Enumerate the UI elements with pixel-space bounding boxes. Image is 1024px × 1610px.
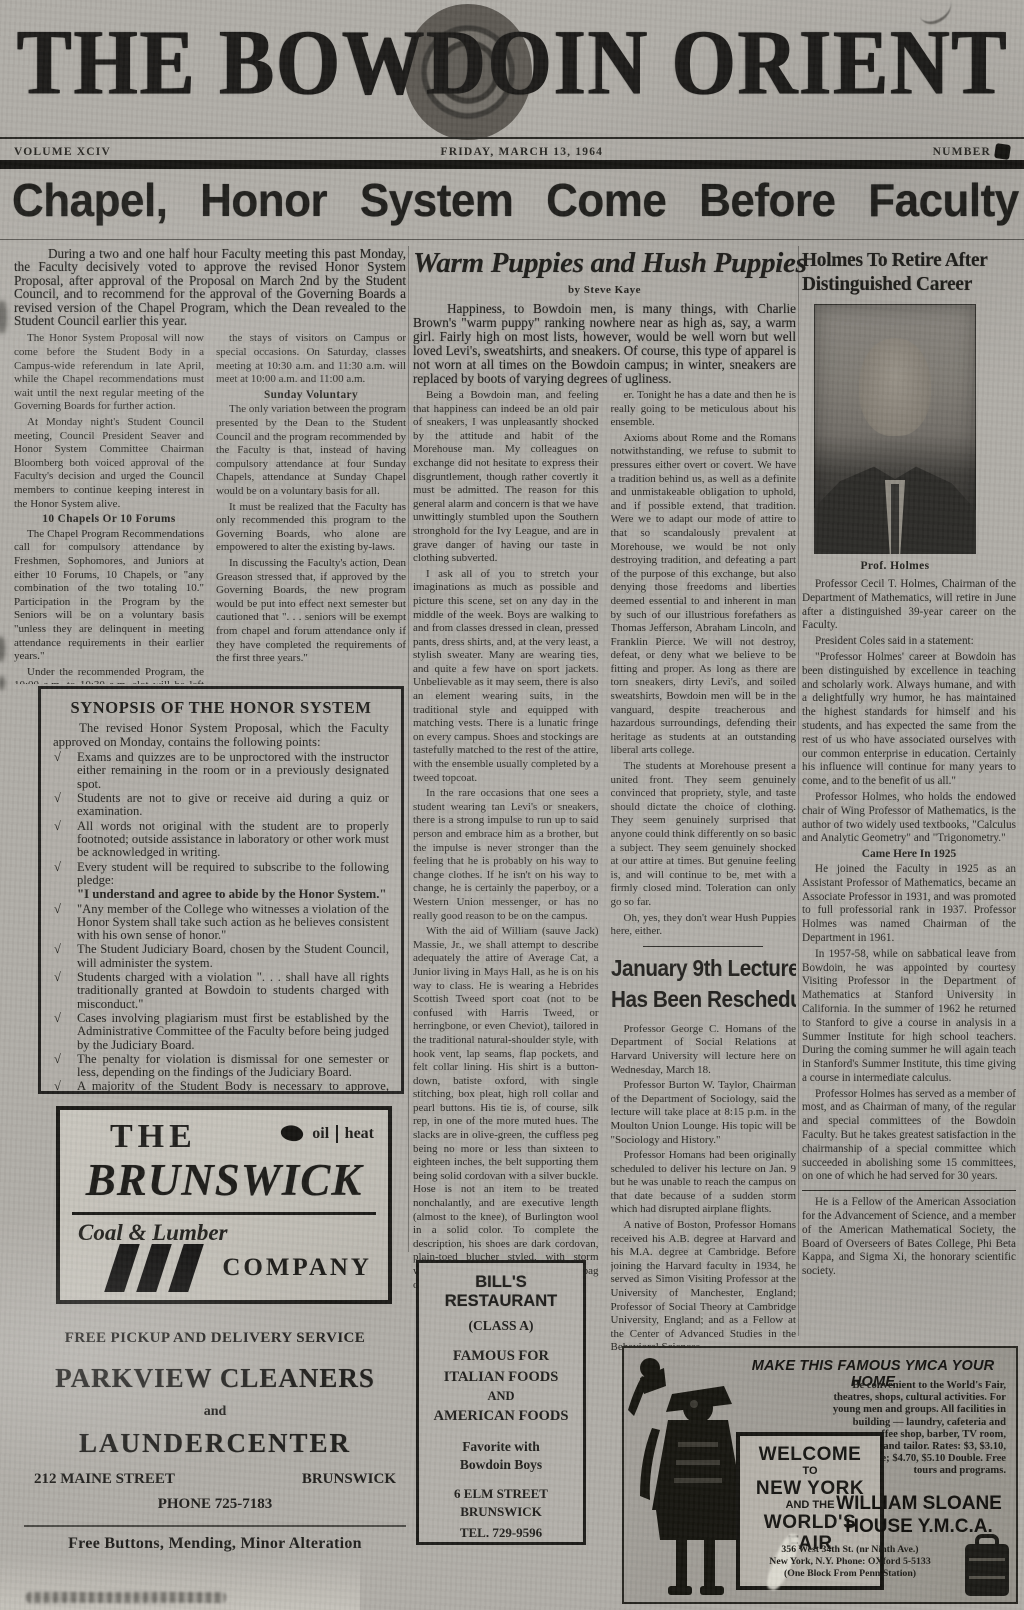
synopsis-item: √Students charged with a violation ". . … bbox=[53, 971, 389, 1011]
phone-number: TEL. 729-9596 bbox=[419, 1525, 583, 1541]
synopsis-item: √Cases involving plagiarism must first b… bbox=[53, 1012, 389, 1052]
scan-artifact bbox=[26, 1592, 226, 1603]
address-row: 212 MAINE STREET BRUNSWICK bbox=[20, 1471, 410, 1488]
synopsis-item: √A majority of the Student Body is neces… bbox=[53, 1080, 389, 1094]
date-label: FRIDAY, MARCH 13, 1964 bbox=[441, 146, 604, 158]
check-icon: √ bbox=[54, 1012, 61, 1025]
photo-caption: Prof. Holmes bbox=[802, 560, 988, 572]
paragraph: In the rare occasions that one sees a st… bbox=[413, 787, 599, 923]
divider bbox=[24, 1525, 406, 1527]
ad-footer-line: Free Buttons, Mending, Minor Alteration bbox=[20, 1535, 410, 1553]
main-headline: Chapel, Honor System Come Before Faculty bbox=[0, 168, 1024, 234]
brunswick-name: BRUNSWICK bbox=[60, 1154, 388, 1206]
column-rule bbox=[798, 246, 799, 1336]
ink-blot bbox=[994, 143, 1011, 160]
scan-artifact bbox=[0, 636, 5, 662]
parkview-cleaners-ad: FREE PICKUP AND DELIVERY SERVICE PARKVIE… bbox=[20, 1330, 410, 1553]
newspaper-page: THE BOWDOIN ORIENT VOLUME XCIV FRIDAY, M… bbox=[0, 0, 1024, 1610]
parkview-name: PARKVIEW CLEANERS bbox=[20, 1363, 410, 1394]
brunswick-coal-lumber-ad: THE oil heat BRUNSWICK Coal & Lumber COM… bbox=[56, 1106, 392, 1304]
ad-word-the: THE bbox=[110, 1118, 197, 1156]
paragraph: The Chapel Program Recommendations call … bbox=[14, 528, 204, 664]
paragraph: In discussing the Faculty's action, Dean… bbox=[216, 557, 406, 666]
paragraph: Axioms about Rome and the Romans notwith… bbox=[611, 432, 797, 758]
paragraph: President Coles said in a statement: bbox=[802, 635, 1016, 649]
check-icon: √ bbox=[54, 971, 61, 984]
article-column: er. Tonight he has a date and then he is… bbox=[611, 389, 797, 1475]
paragraph: er. Tonight he has a date and then he is… bbox=[611, 389, 797, 430]
check-icon: √ bbox=[54, 820, 61, 833]
restaurant-name: BILL'S RESTAURANT bbox=[419, 1273, 583, 1311]
section-subhead: Came Here In 1925 bbox=[802, 848, 1016, 862]
volume-label: VOLUME XCIV bbox=[14, 146, 111, 158]
masthead-title: THE BOWDOIN ORIENT bbox=[0, 17, 1024, 110]
honor-system-synopsis-box: SYNOPSIS OF THE HONOR SYSTEM The revised… bbox=[38, 686, 404, 1094]
paragraph: Under the recommended Program, the 10:00… bbox=[14, 666, 204, 685]
scan-artifact bbox=[0, 300, 7, 334]
synopsis-item: √"Any member of the College who witnesse… bbox=[53, 903, 389, 943]
paragraph: the stays of visitors on Campus or speci… bbox=[216, 332, 406, 386]
paragraph: At Monday night's Student Council meetin… bbox=[14, 416, 204, 511]
scan-artifact bbox=[0, 676, 5, 690]
ad-line: AND bbox=[419, 1389, 583, 1404]
paragraph: With the aid of William (sauve Jack) Mas… bbox=[413, 925, 599, 1289]
divider bbox=[643, 946, 763, 947]
paragraph: Professor Cecil T. Holmes, Chairman of t… bbox=[802, 578, 1016, 633]
article-column: The Honor System Proposal will now come … bbox=[14, 332, 204, 684]
city: BRUNSWICK bbox=[302, 1471, 396, 1488]
check-icon: √ bbox=[54, 751, 61, 764]
synopsis-item: √Exams and quizzes are to be unproctored… bbox=[53, 751, 389, 791]
ymca-ad: MAKE THIS FAMOUS YMCA YOUR HOME Be conve… bbox=[622, 1346, 1018, 1604]
check-icon: √ bbox=[54, 1053, 61, 1066]
ymca-address: 356 West 34th St. (nr Ninth Ave.) New Yo… bbox=[734, 1544, 966, 1580]
paragraph: He is a Fellow of the American Associati… bbox=[802, 1196, 1016, 1279]
paragraph: Professor George C. Homans of the Depart… bbox=[611, 1023, 797, 1077]
paragraph: Professor Holmes, who holds the endowed … bbox=[802, 791, 1016, 846]
byline: by Steve Kaye bbox=[413, 284, 796, 296]
divider bbox=[336, 1125, 338, 1143]
ymca-name: WILLIAM SLOANE HOUSE Y.M.C.A. bbox=[830, 1492, 1008, 1538]
puppies-headline: Warm Puppies and Hush Puppies bbox=[413, 247, 796, 279]
article-column: Being a Bowdoin man, and feeling that ha… bbox=[413, 389, 599, 1289]
section-subhead: 10 Chapels Or 10 Forums bbox=[14, 513, 204, 527]
check-icon: √ bbox=[54, 861, 61, 874]
ad-line: AMERICAN FOODS bbox=[419, 1408, 583, 1425]
phone-number: PHONE 725-7183 bbox=[20, 1496, 410, 1513]
paragraph: Professor Burton W. Taylor, Chairman of … bbox=[611, 1079, 797, 1147]
check-icon: √ bbox=[54, 903, 61, 916]
check-icon: √ bbox=[54, 792, 61, 805]
paragraph: I ask all of you to stretch your imagina… bbox=[413, 568, 599, 786]
ad-line: Bowdoin Boys bbox=[419, 1457, 583, 1473]
holmes-headline: Holmes To Retire After Distinguished Car… bbox=[802, 248, 1010, 296]
paragraph: Oh, yes, they don't wear Hush Puppies he… bbox=[611, 912, 797, 939]
synopsis-item: √Students are not to give or receive aid… bbox=[53, 792, 389, 819]
lead-paragraph: Happiness, to Bowdoin men, is many thing… bbox=[413, 302, 796, 386]
divider bbox=[72, 1212, 376, 1215]
article-column: the stays of visitors on Campus or speci… bbox=[216, 332, 406, 684]
synopsis-title: SYNOPSIS OF THE HONOR SYSTEM bbox=[53, 698, 389, 718]
ad-service-line: FREE PICKUP AND DELIVERY SERVICE bbox=[20, 1330, 410, 1347]
synopsis-intro: The revised Honor System Proposal, which… bbox=[53, 722, 389, 749]
check-icon: √ bbox=[54, 1080, 61, 1093]
synopsis-item: √All words not original with the student… bbox=[53, 820, 389, 860]
article-chapel-honor: During a two and one half hour Faculty m… bbox=[14, 247, 406, 684]
check-icon: √ bbox=[54, 943, 61, 956]
divider bbox=[802, 1190, 1016, 1191]
holmes-portrait-photo bbox=[814, 304, 976, 554]
portrait-face bbox=[859, 338, 931, 436]
city: BRUNSWICK bbox=[419, 1504, 583, 1520]
oil-heat-label: oil heat bbox=[279, 1124, 374, 1144]
class-label: (CLASS A) bbox=[419, 1318, 583, 1334]
paragraph: The Honor System Proposal will now come … bbox=[14, 332, 204, 414]
section-subhead: Sunday Voluntary bbox=[216, 389, 406, 403]
laundercenter-name: LAUNDERCENTER bbox=[20, 1428, 410, 1459]
suitcase-icon bbox=[961, 1534, 1013, 1598]
brunswick-company: COMPANY bbox=[222, 1254, 372, 1282]
paragraph: Being a Bowdoin man, and feeling that ha… bbox=[413, 389, 599, 566]
paragraph: Professor Holmes has served as a member … bbox=[802, 1088, 1016, 1185]
lead-paragraph: During a two and one half hour Faculty m… bbox=[14, 247, 406, 327]
synopsis-item: √The penalty for violation is dismissal … bbox=[53, 1053, 389, 1080]
article-column: Professor Cecil T. Holmes, Chairman of t… bbox=[802, 578, 1016, 1281]
lecture-headline: January 9th Lecture Has Been Rescheduled bbox=[611, 953, 778, 1015]
paragraph: In 1957-58, while on sabbatical leave fr… bbox=[802, 948, 1016, 1086]
bills-restaurant-ad: BILL'S RESTAURANT (CLASS A) FAMOUS FOR I… bbox=[416, 1260, 586, 1545]
paragraph: Professor Homans had been originally sch… bbox=[611, 1149, 797, 1217]
article-holmes-retire: Holmes To Retire After Distinguished Car… bbox=[802, 248, 1016, 296]
column-rule bbox=[408, 246, 409, 1252]
synopsis-item: √Every student will be required to subsc… bbox=[53, 861, 389, 888]
paragraph: He joined the Faculty in 1925 as an Assi… bbox=[802, 863, 1016, 946]
dateline: VOLUME XCIV FRIDAY, MARCH 13, 1964 NUMBE… bbox=[0, 137, 1024, 162]
ad-line: ITALIAN FOODS bbox=[419, 1369, 583, 1386]
paragraph: The only variation between the program p… bbox=[216, 403, 406, 498]
paragraph: "Professor Holmes' career at Bowdoin has… bbox=[802, 651, 1016, 789]
ad-and: and bbox=[20, 1404, 410, 1420]
paragraph: It must be realized that the Faculty has… bbox=[216, 501, 406, 555]
ad-line: Favorite with bbox=[419, 1439, 583, 1455]
street-address: 6 ELM STREET bbox=[419, 1486, 583, 1502]
number-label: NUMBER bbox=[933, 144, 1010, 159]
street-address: 212 MAINE STREET bbox=[34, 1471, 175, 1488]
divider bbox=[0, 239, 1024, 240]
portrait-tie bbox=[891, 484, 899, 554]
oil-drop-icon bbox=[279, 1124, 305, 1144]
paragraph: The students at Morehouse present a unit… bbox=[611, 760, 797, 910]
lumber-bars-icon bbox=[112, 1244, 196, 1292]
ad-line: FAMOUS FOR bbox=[419, 1348, 583, 1365]
synopsis-item: √The Student Judiciary Board, chosen by … bbox=[53, 943, 389, 970]
brunswick-subtitle: Coal & Lumber bbox=[78, 1220, 228, 1246]
paragraph: A native of Boston, Professor Homans rec… bbox=[611, 1219, 797, 1355]
honor-pledge: "I understand and agree to abide by the … bbox=[53, 888, 389, 901]
